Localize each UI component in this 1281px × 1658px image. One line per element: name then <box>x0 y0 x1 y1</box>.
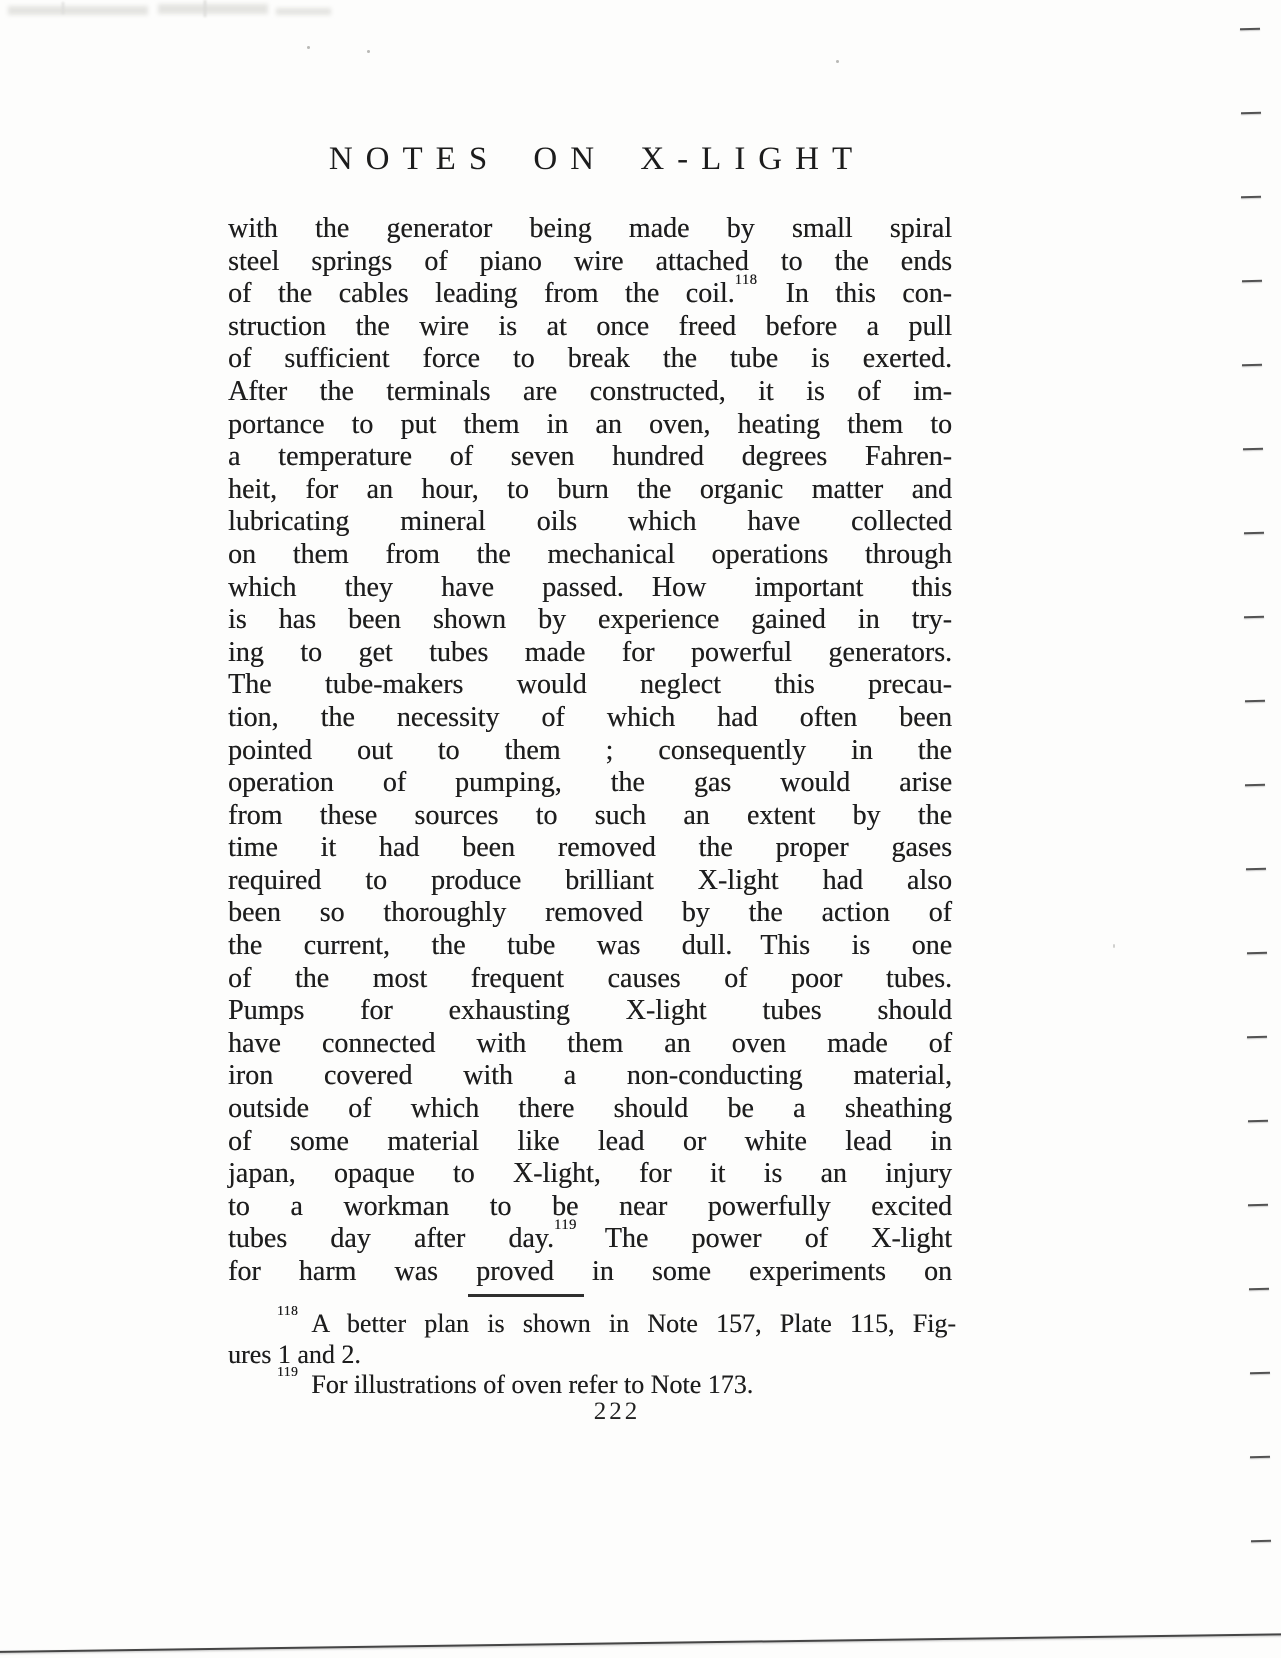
scan-edge-mark <box>1248 1120 1268 1122</box>
scan-artifact <box>8 6 148 15</box>
body-line: ing to get tubes made for powerful gener… <box>228 637 952 670</box>
scan-edge-mark <box>1245 784 1265 786</box>
body-line: with the generator being made by small s… <box>228 213 952 246</box>
body-text: with the generator being made by small s… <box>228 213 952 1289</box>
scan-edge-mark <box>1243 448 1263 450</box>
scan-edge-mark <box>1248 1204 1268 1206</box>
scan-edge-mark <box>1247 1036 1267 1038</box>
body-line: of the cables leading from the coil.118 … <box>228 278 952 311</box>
body-line: have connected with them an oven made of <box>228 1028 952 1061</box>
body-line: of some material like lead or white lead… <box>228 1126 952 1159</box>
body-line: lubricating mineral oils which have coll… <box>228 506 952 539</box>
scan-speck <box>836 60 839 63</box>
body-line: tubes day after day.119 The power of X-l… <box>228 1223 952 1256</box>
scanned-book-page: NOTES ON X-LIGHT with the generator bein… <box>0 0 1281 1658</box>
body-line: been so thoroughly removed by the action… <box>228 897 952 930</box>
body-line: to a workman to be near powerfully excit… <box>228 1191 952 1224</box>
scan-speck <box>307 46 310 49</box>
body-line: heit, for an hour, to burn the organic m… <box>228 474 952 507</box>
body-line: japan, opaque to X-light, for it is an i… <box>228 1158 952 1191</box>
body-line: of sufficient force to break the tube is… <box>228 343 952 376</box>
body-line: a temperature of seven hundred degrees F… <box>228 441 952 474</box>
footnote-ref: 119 <box>277 1364 298 1379</box>
body-line: which they have passed. How important th… <box>228 572 952 605</box>
scan-edge-mark <box>1250 1372 1270 1374</box>
scan-edge-mark <box>1250 1456 1270 1458</box>
scan-edge-mark <box>1251 1540 1271 1542</box>
footnote-ref: 119 <box>554 1217 577 1233</box>
footnote-line: ures 1 and 2. <box>228 1340 956 1371</box>
body-line: operation of pumping, the gas would aris… <box>228 767 952 800</box>
footnote-line: 119 For illustrations of oven refer to N… <box>228 1370 956 1401</box>
body-line: Pumps for exhausting X-light tubes shoul… <box>228 995 952 1028</box>
footnote-ref: 118 <box>735 272 758 288</box>
scan-edge-mark <box>1242 280 1262 282</box>
scan-edge-mark <box>1242 364 1262 366</box>
scan-edge-mark <box>1244 616 1264 618</box>
body-line: is has been shown by experience gained i… <box>228 604 952 637</box>
page-title: NOTES ON X-LIGHT <box>228 141 952 178</box>
body-line: for harm was proved in some experiments … <box>228 1256 952 1289</box>
footnote-separator <box>468 1294 584 1297</box>
scan-edge-mark <box>1240 28 1260 30</box>
scan-artifact <box>204 0 206 17</box>
body-line: from these sources to such an extent by … <box>228 800 952 833</box>
body-line: iron covered with a non-conducting mater… <box>228 1060 952 1093</box>
scan-edge-mark <box>1246 868 1266 870</box>
body-line: pointed out to them ; consequently in th… <box>228 735 952 768</box>
body-line: steel springs of piano wire attached to … <box>228 246 952 279</box>
page-number: 222 <box>228 1398 952 1426</box>
scan-edge-mark <box>1247 952 1267 954</box>
scan-edge-mark <box>1244 532 1264 534</box>
scan-bottom-edge <box>0 1633 1281 1653</box>
scan-speck <box>1113 944 1115 948</box>
scan-edge-mark <box>1241 112 1261 114</box>
body-line: struction the wire is at once freed befo… <box>228 311 952 344</box>
body-line: After the terminals are constructed, it … <box>228 376 952 409</box>
footnote-line: 118 A better plan is shown in Note 157, … <box>228 1309 956 1340</box>
body-line: time it had been removed the proper gase… <box>228 832 952 865</box>
scan-artifact <box>158 4 268 14</box>
body-line: required to produce brilliant X-light ha… <box>228 865 952 898</box>
body-line: of the most frequent causes of poor tube… <box>228 963 952 996</box>
body-line: tion, the necessity of which had often b… <box>228 702 952 735</box>
footnotes: 118 A better plan is shown in Note 157, … <box>228 1309 956 1401</box>
scan-edge-mark <box>1241 196 1261 198</box>
body-line: portance to put them in an oven, heating… <box>228 409 952 442</box>
scan-speck <box>367 50 370 53</box>
scan-edge-mark <box>1245 700 1265 702</box>
body-line: outside of which there should be a sheat… <box>228 1093 952 1126</box>
body-line: on them from the mechanical operations t… <box>228 539 952 572</box>
body-line: the current, the tube was dull. This is … <box>228 930 952 963</box>
scan-edge-mark <box>1249 1288 1269 1290</box>
scan-artifact <box>276 8 331 15</box>
footnote-ref: 118 <box>277 1303 298 1318</box>
scan-artifact <box>62 2 64 14</box>
body-line: The tube-makers would neglect this preca… <box>228 669 952 702</box>
